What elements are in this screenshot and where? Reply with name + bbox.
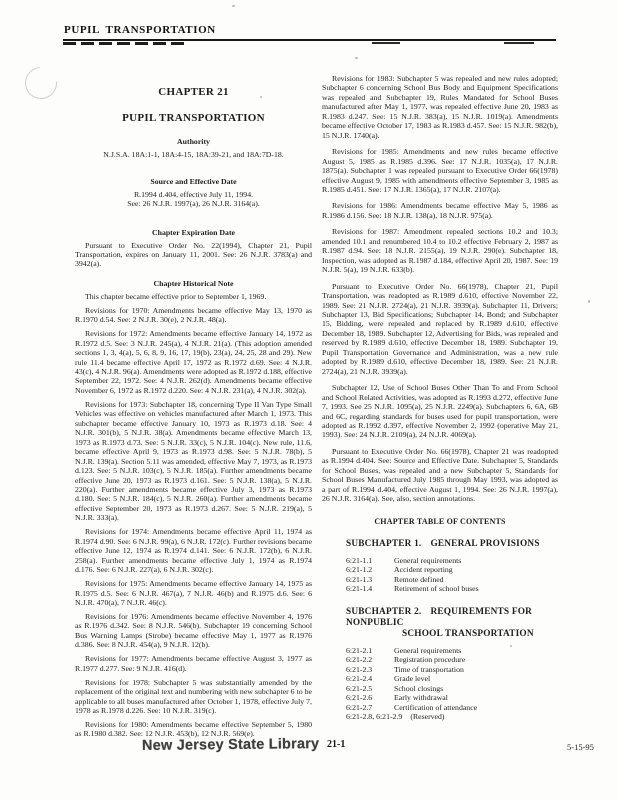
subchapter-2-label: SUBCHAPTER 2. (346, 607, 421, 617)
toc-entry-title: Certification of attendance (394, 703, 477, 713)
historical-paragraph: Revisions for 1976: Amendments became ef… (75, 612, 312, 650)
historical-note-heading: Chapter Historical Note (75, 279, 312, 288)
historical-paragraph: Pursuant to Executive Order No. 66(1978)… (322, 447, 558, 504)
header-rule-dash (504, 42, 534, 44)
subchapter-2-heading: SUBCHAPTER 2.REQUIREMENTS FOR NONPUBLIC … (346, 607, 558, 640)
toc-entry: 6:21-2.1 General requirements (346, 646, 558, 656)
scanned-document-page: PUPIL TRANSPORTATION CHAPTER 21 PUPIL TR… (0, 0, 618, 800)
historical-paragraph: Revisions for 1973: Subchapter 18, conce… (75, 400, 312, 523)
toc-entry-number: 6:21-2.1 (346, 646, 386, 656)
toc-entry: 6:21-1.1 General requirements (346, 556, 558, 566)
expiration-paragraph: Pursuant to Executive Order No. 22(1994)… (75, 241, 312, 269)
chapter-title-heading: PUPIL TRANSPORTATION (75, 112, 312, 124)
source-line: R.1994 d.404, effective July 11, 1994. (75, 190, 312, 200)
toc-entry-title: Accident reporting (394, 565, 453, 575)
scan-artifact-circle (18, 60, 63, 105)
toc-entry-title: Remote defined (394, 575, 444, 585)
toc-entry-title: (Reserved) (410, 712, 444, 722)
header-rule (63, 39, 556, 41)
running-header-title: PUPIL TRANSPORTATION (64, 24, 216, 36)
source-line: See: 26 N.J.R. 1997(a), 26 N.J.R. 3164(a… (75, 199, 312, 209)
historical-paragraph: Revisions for 1977: Amendments became ef… (75, 654, 312, 673)
toc-entry-title: Time of transportation (394, 665, 464, 675)
toc-entry-number: 6:21-2.2 (346, 655, 386, 665)
scan-speck (588, 300, 590, 303)
library-stamp: New Jersey State Library (142, 736, 319, 754)
toc-entry: 6:21-2.2 Registration procedure (346, 655, 558, 665)
publication-date: 5-15-95 (567, 742, 594, 752)
historical-paragraph: Revisions for 1985: Amendments and new r… (322, 147, 558, 194)
subchapter-1-title: GENERAL PROVISIONS (430, 539, 539, 549)
toc-entry-number: 6:21-2.6 (346, 693, 386, 703)
toc-entry-number: 6:21-2.5 (346, 684, 386, 694)
historical-paragraph: Revisions for 1974: Amendments became ef… (75, 527, 312, 574)
toc-entry-number: 6:21-1.4 (346, 584, 386, 594)
toc-subchapter-2: 6:21-2.1 General requirements 6:21-2.2 R… (346, 646, 558, 722)
toc-entry-number: 6:21-2.8, 6:21-2.9 (346, 712, 402, 722)
toc-entry-title: Grade level (394, 674, 430, 684)
toc-entry-reserved: 6:21-2.8, 6:21-2.9 (Reserved) (346, 712, 558, 722)
toc-entry: 6:21-2.6 Early withdrawal (346, 693, 558, 703)
expiration-heading: Chapter Expiration Date (75, 228, 312, 237)
authority-text: N.J.S.A. 18A:1-1, 18A:4-15, 18A:39-21, a… (75, 150, 312, 160)
toc-entry: 6:21-1.2 Accident reporting (346, 565, 558, 575)
toc-entry-title: General requirements (394, 556, 461, 566)
toc-subchapter-1: 6:21-1.1 General requirements 6:21-1.2 A… (346, 556, 558, 594)
header-rule-dash (372, 42, 400, 44)
scan-speck (232, 5, 235, 7)
toc-entry: 6:21-1.4 Retirement of school buses (346, 584, 558, 594)
toc-entry-number: 6:21-1.2 (346, 565, 386, 575)
historical-paragraph: Subchapter 12, Use of School Buses Other… (322, 383, 558, 440)
toc-entry: 6:21-1.3 Remote defined (346, 575, 558, 585)
historical-paragraph: Pursuant to Executive Order No. 66(1978)… (322, 282, 558, 377)
toc-entry: 6:21-2.7 Certification of attendance (346, 703, 558, 713)
chapter-number-heading: CHAPTER 21 (75, 86, 312, 98)
toc-entry-title: School closings (394, 684, 443, 694)
source-heading: Source and Effective Date (75, 177, 312, 186)
toc-entry: 6:21-2.3 Time of transportation (346, 665, 558, 675)
historical-paragraph: This chapter became effective prior to S… (75, 292, 312, 301)
toc-entry-number: 6:21-2.7 (346, 703, 386, 713)
toc-title: CHAPTER TABLE OF CONTENTS (322, 517, 558, 526)
historical-paragraph: Revisions for 1978: Subchapter 5 was sub… (75, 678, 312, 716)
toc-entry-title: Registration procedure (394, 655, 465, 665)
left-column: CHAPTER 21 PUPIL TRANSPORTATION Authorit… (75, 86, 312, 739)
toc-entry-number: 6:21-1.3 (346, 575, 386, 585)
header-rule-dashed (63, 42, 189, 45)
toc-entry-title: General requirements (394, 646, 461, 656)
subchapter-1-label: SUBCHAPTER 1. (346, 539, 421, 549)
historical-paragraph: Revisions for 1972: Amendments became ef… (75, 329, 312, 395)
historical-paragraph: Revisions for 1970: Amendments became ef… (75, 306, 312, 325)
historical-paragraph: Revisions for 1987: Amendment repealed s… (322, 227, 558, 274)
scan-speck (355, 57, 358, 59)
toc-entry-number: 6:21-1.1 (346, 556, 386, 566)
toc-entry-title: Retirement of school buses (394, 584, 479, 594)
historical-paragraph: Revisions for 1986: Amendments became ef… (322, 201, 558, 220)
toc-entry: 6:21-2.5 School closings (346, 684, 558, 694)
right-column: Revisions for 1983: Subchapter 5 was rep… (322, 74, 558, 722)
subchapter-1-heading: SUBCHAPTER 1.GENERAL PROVISIONS (346, 539, 558, 550)
toc-entry-number: 6:21-2.4 (346, 674, 386, 684)
authority-heading: Authority (75, 137, 312, 146)
toc-entry: 6:21-2.4 Grade level (346, 674, 558, 684)
subchapter-2-title-line2: SCHOOL TRANSPORTATION (402, 629, 558, 640)
toc-entry-title: Early withdrawal (394, 693, 448, 703)
historical-paragraph: Revisions for 1983: Subchapter 5 was rep… (322, 74, 558, 140)
historical-paragraph: Revisions for 1975: Amendments became ef… (75, 579, 312, 607)
page-number: 21-1 (327, 739, 345, 750)
toc-entry-number: 6:21-2.3 (346, 665, 386, 675)
